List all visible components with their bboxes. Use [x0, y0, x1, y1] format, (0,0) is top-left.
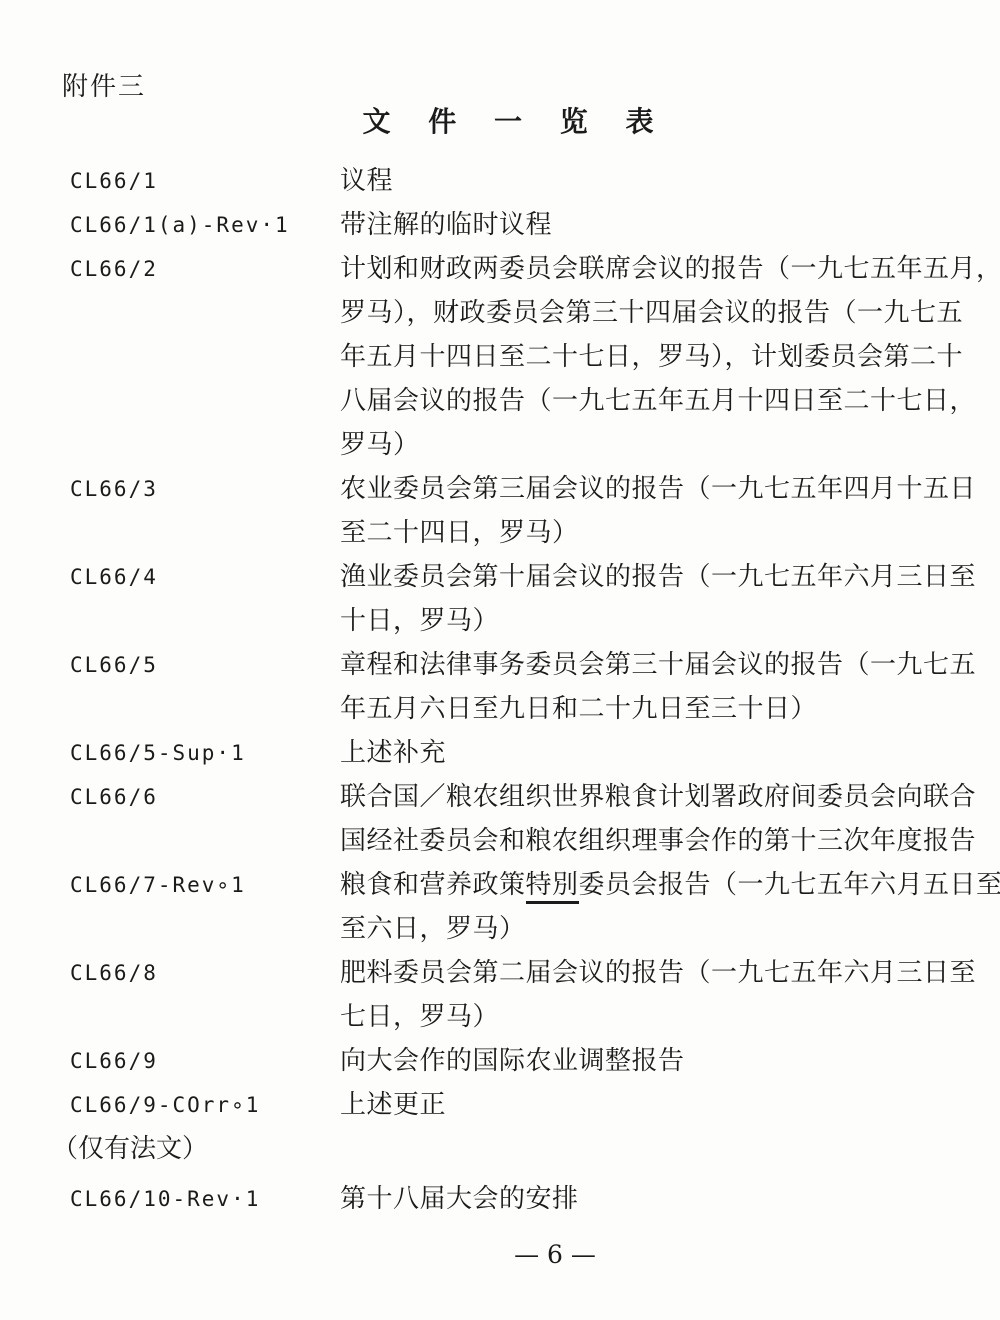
- doc-description-line: 上述更正: [340, 1083, 980, 1127]
- doc-description-line: 联合国／粮农组织世界粮食计划署政府间委员会向联合: [340, 775, 980, 819]
- doc-code-column: CL66/1: [52, 159, 340, 203]
- doc-code-column: CL66/9-COrr∘1（仅有法文）: [52, 1083, 340, 1171]
- scanned-document-page: 附件三 文 件 一 览 表 CL66/1议程CL66/1(a)-Rev·1带注解…: [0, 0, 1000, 1320]
- document-entry-row: CL66/7-Rev∘1粮食和营养政策特別委员会报告（一九七五年六月五日至至六日…: [52, 863, 980, 951]
- doc-description-line: 国经社委员会和粮农组织理事会作的第十三次年度报告: [340, 819, 980, 863]
- doc-code-column: CL66/6: [52, 775, 340, 819]
- doc-description-line: 带注解的临时议程: [340, 203, 980, 247]
- document-entry-row: CL66/5-Sup·1上述补充: [52, 731, 980, 775]
- underlined-text: 特別: [526, 870, 579, 904]
- annex-label: 附件三: [62, 66, 146, 103]
- document-entry-row: CL66/10-Rev·1第十八届大会的安排: [52, 1177, 980, 1221]
- doc-description-line: 议程: [340, 159, 980, 203]
- doc-description-line: 第十八届大会的安排: [340, 1177, 980, 1221]
- text-segment: 委员会报告（一九七五年六月五日至: [579, 870, 1000, 900]
- doc-code: CL66/1(a)-Rev·1: [52, 203, 340, 247]
- doc-code-column: CL66/3: [52, 467, 340, 511]
- doc-description-line: 七日，罗马）: [340, 995, 980, 1039]
- page-number: — 6 —: [55, 1240, 1000, 1269]
- doc-description-line: 上述补充: [340, 731, 980, 775]
- document-entry-row: CL66/9向大会作的国际农业调整报告: [52, 1039, 980, 1083]
- doc-description: 上述补充: [340, 731, 980, 775]
- doc-description-line: 粮食和营养政策特別委员会报告（一九七五年六月五日至: [340, 863, 1000, 907]
- doc-description: 带注解的临时议程: [340, 203, 980, 247]
- doc-description: 计划和财政两委员会联席会议的报告（一九七五年五月，罗马），财政委员会第三十四届会…: [340, 247, 1000, 467]
- doc-code: CL66/4: [52, 555, 340, 599]
- doc-code: CL66/5-Sup·1: [52, 731, 340, 775]
- doc-code-column: CL66/1(a)-Rev·1: [52, 203, 340, 247]
- document-list: CL66/1议程CL66/1(a)-Rev·1带注解的临时议程CL66/2计划和…: [52, 159, 980, 1221]
- doc-code-note: （仅有法文）: [52, 1127, 340, 1171]
- doc-code: CL66/5: [52, 643, 340, 687]
- doc-description-line: 十日，罗马）: [340, 599, 980, 643]
- doc-description-line: 八届会议的报告（一九七五年五月十四日至二十七日，: [340, 379, 1000, 423]
- doc-description: 粮食和营养政策特別委员会报告（一九七五年六月五日至至六日，罗马）: [340, 863, 1000, 951]
- doc-code: CL66/6: [52, 775, 340, 819]
- doc-description-line: 年五月六日至九日和二十九日至三十日）: [340, 687, 980, 731]
- page-title: 文 件 一 览 表: [0, 100, 1000, 140]
- doc-code-column: CL66/9: [52, 1039, 340, 1083]
- doc-description-line: 肥料委员会第二届会议的报告（一九七五年六月三日至: [340, 951, 980, 995]
- doc-description: 章程和法律事务委员会第三十届会议的报告（一九七五年五月六日至九日和二十九日至三十…: [340, 643, 980, 731]
- document-entry-row: CL66/4渔业委员会第十届会议的报告（一九七五年六月三日至十日，罗马）: [52, 555, 980, 643]
- doc-description-line: 至二十四日，罗马）: [340, 511, 980, 555]
- doc-code: CL66/9: [52, 1039, 340, 1083]
- document-entry-row: CL66/1议程: [52, 159, 980, 203]
- document-entry-row: CL66/6联合国／粮农组织世界粮食计划署政府间委员会向联合国经社委员会和粮农组…: [52, 775, 980, 863]
- doc-description-line: 罗马），财政委员会第三十四届会议的报告（一九七五: [340, 291, 1000, 335]
- document-entry-row: CL66/2计划和财政两委员会联席会议的报告（一九七五年五月，罗马），财政委员会…: [52, 247, 980, 467]
- doc-code-column: CL66/7-Rev∘1: [52, 863, 340, 907]
- doc-description: 议程: [340, 159, 980, 203]
- doc-description: 第十八届大会的安排: [340, 1177, 980, 1221]
- doc-description: 渔业委员会第十届会议的报告（一九七五年六月三日至十日，罗马）: [340, 555, 980, 643]
- doc-description-line: 年五月十四日至二十七日，罗马），计划委员会第二十: [340, 335, 1000, 379]
- document-entry-row: CL66/3农业委员会第三届会议的报告（一九七五年四月十五日至二十四日，罗马）: [52, 467, 980, 555]
- doc-code: CL66/10-Rev·1: [52, 1177, 340, 1221]
- doc-description: 上述更正: [340, 1083, 980, 1127]
- doc-code-column: CL66/5-Sup·1: [52, 731, 340, 775]
- doc-code: CL66/7-Rev∘1: [52, 863, 340, 907]
- doc-code: CL66/3: [52, 467, 340, 511]
- doc-description-line: 向大会作的国际农业调整报告: [340, 1039, 980, 1083]
- doc-code-column: CL66/5: [52, 643, 340, 687]
- doc-description-line: 罗马）: [340, 423, 1000, 467]
- text-segment: 粮食和营养政策: [340, 870, 526, 900]
- doc-description-line: 计划和财政两委员会联席会议的报告（一九七五年五月，: [340, 247, 1000, 291]
- doc-code-column: CL66/4: [52, 555, 340, 599]
- document-entry-row: CL66/5章程和法律事务委员会第三十届会议的报告（一九七五年五月六日至九日和二…: [52, 643, 980, 731]
- doc-code-column: CL66/8: [52, 951, 340, 995]
- doc-description-line: 农业委员会第三届会议的报告（一九七五年四月十五日: [340, 467, 980, 511]
- doc-description-line: 渔业委员会第十届会议的报告（一九七五年六月三日至: [340, 555, 980, 599]
- doc-description: 农业委员会第三届会议的报告（一九七五年四月十五日至二十四日，罗马）: [340, 467, 980, 555]
- doc-description: 肥料委员会第二届会议的报告（一九七五年六月三日至七日，罗马）: [340, 951, 980, 1039]
- doc-code: CL66/8: [52, 951, 340, 995]
- document-entry-row: CL66/9-COrr∘1（仅有法文）上述更正: [52, 1083, 980, 1171]
- doc-code: CL66/1: [52, 159, 340, 203]
- doc-description: 向大会作的国际农业调整报告: [340, 1039, 980, 1083]
- doc-description-line: 至六日，罗马）: [340, 907, 1000, 951]
- doc-code-column: CL66/2: [52, 247, 340, 291]
- document-entry-row: CL66/1(a)-Rev·1带注解的临时议程: [52, 203, 980, 247]
- doc-code-column: CL66/10-Rev·1: [52, 1177, 340, 1221]
- document-entry-row: CL66/8肥料委员会第二届会议的报告（一九七五年六月三日至七日，罗马）: [52, 951, 980, 1039]
- doc-description-line: 章程和法律事务委员会第三十届会议的报告（一九七五: [340, 643, 980, 687]
- doc-code: CL66/2: [52, 247, 340, 291]
- doc-code: CL66/9-COrr∘1: [52, 1083, 340, 1127]
- doc-description: 联合国／粮农组织世界粮食计划署政府间委员会向联合国经社委员会和粮农组织理事会作的…: [340, 775, 980, 863]
